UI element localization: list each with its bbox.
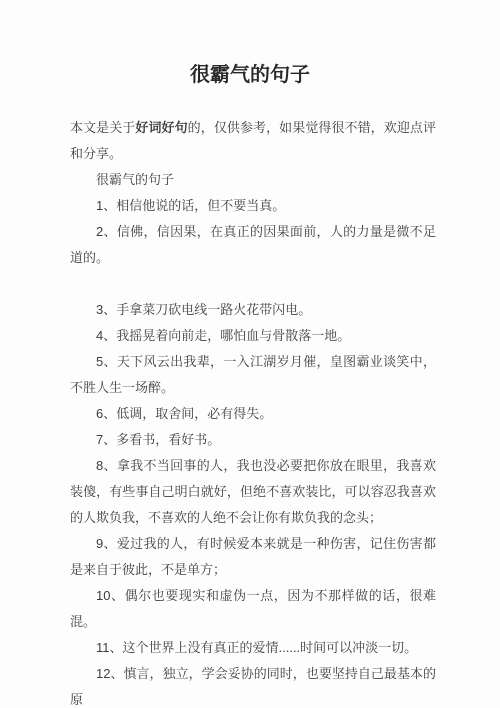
sentence-paragraph-5: 5、天下风云出我辈，一入江湖岁月催，皇图霸业谈笑中，不胜人生一场醉。 — [70, 349, 436, 401]
sentence-paragraph-4: 4、我摇晃着向前走，哪怕血与骨散落一地。 — [70, 323, 436, 349]
sentence-paragraph-8: 8、拿我不当回事的人，我也没必要把你放在眼里，我喜欢装傻，有些事自己明白就好，但… — [70, 453, 436, 531]
sentence-paragraph-11: 11、这个世界上没有真正的爱情......时间可以冲淡一切。 — [70, 635, 436, 661]
sentence-paragraph-9: 9、爱过我的人，有时候爱本来就是一种伤害，记住伤害都是来自于彼此，不是单方； — [70, 531, 436, 583]
sentence-paragraph-2: 2、信佛，信因果，在真正的因果面前，人的力量是微不足道的。 — [70, 219, 436, 271]
intro-prefix: 本文是关于 — [70, 120, 135, 135]
intro-paragraph: 本文是关于好词好句的，仅供参考，如果觉得很不错，欢迎点评和分享。 — [70, 115, 436, 167]
page-title: 很霸气的句子 — [0, 62, 500, 88]
section-subtitle: 很霸气的句子 — [70, 167, 436, 193]
sentence-paragraph-1: 1、相信他说的话，但不要当真。 — [70, 193, 436, 219]
sentence-paragraph-6: 6、低调，取舍间，必有得失。 — [70, 401, 436, 427]
document-body: 本文是关于好词好句的，仅供参考，如果觉得很不错，欢迎点评和分享。 很霸气的句子 … — [70, 115, 436, 708]
sentence-paragraph-10: 10、偶尔也要现实和虚伪一点，因为不那样做的话，很难混。 — [70, 583, 436, 635]
intro-highlight-term: 好词好句 — [135, 120, 187, 135]
sentence-paragraph-3: 3、手拿菜刀砍电线一路火花带闪电。 — [70, 297, 436, 323]
sentence-paragraph-12: 12、慎言，独立，学会妥协的同时，也要坚持自己最基本的原 — [70, 661, 436, 708]
document-page: 很霸气的句子 本文是关于好词好句的，仅供参考，如果觉得很不错，欢迎点评和分享。 … — [0, 0, 500, 708]
sentence-paragraph-7: 7、多看书，看好书。 — [70, 427, 436, 453]
